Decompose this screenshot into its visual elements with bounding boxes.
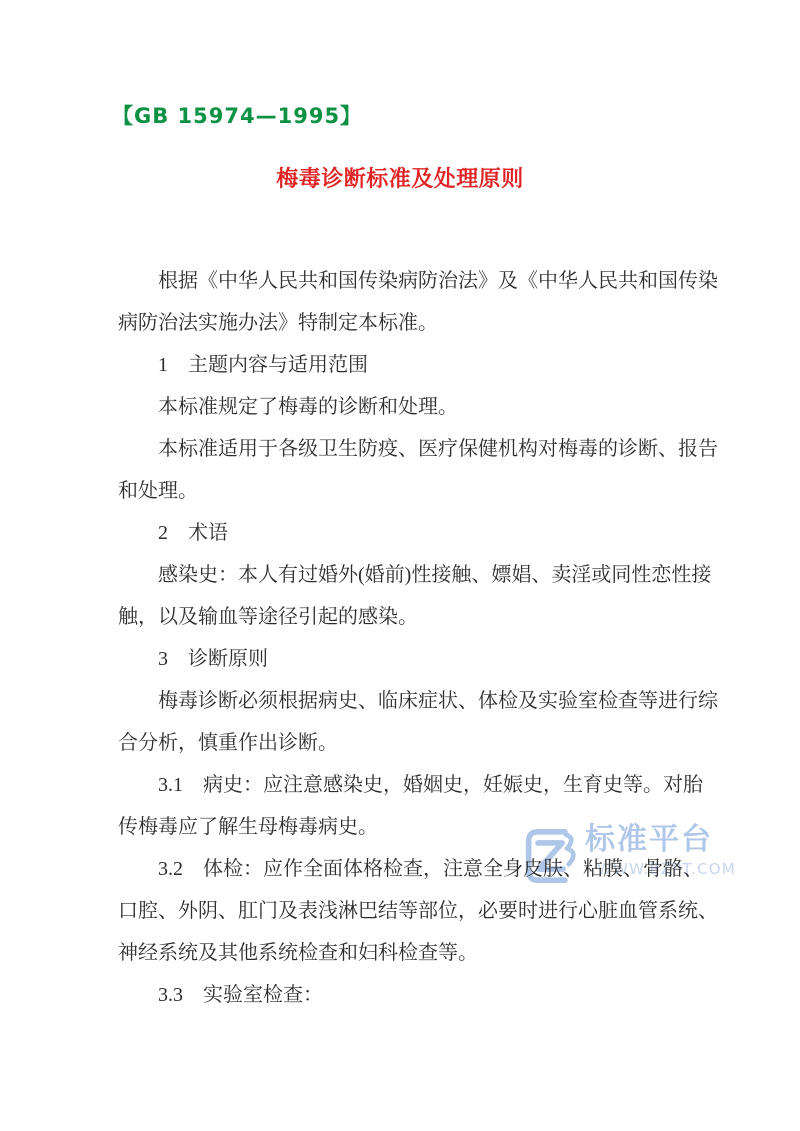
body-line: 1 主题内容与适用范围 [118,344,688,386]
body-line: 触，以及输血等途径引起的感染。 [118,596,688,638]
page-title: 梅毒诊断标准及处理原则 [0,162,800,193]
body-line: 3.2 体检：应作全面体格检查，注意全身皮肤、粘膜、骨骼、 [118,848,688,890]
body-line: 传梅毒应了解生母梅毒病史。 [118,806,688,848]
body-line: 本标准适用于各级卫生防疫、医疗保健机构对梅毒的诊断、报告 [118,428,688,470]
body-line: 3.1 病史：应注意感染史，婚姻史，妊娠史，生育史等。对胎 [118,764,688,806]
document-page: 【GB 15974—1995】 梅毒诊断标准及处理原则 标准平台 WWW.BZP… [0,0,800,1131]
body-line: 病防治法实施办法》特制定本标准。 [118,302,688,344]
body-line: 神经系统及其他系统检查和妇科检查等。 [118,932,688,974]
document-body: 根据《中华人民共和国传染病防治法》及《中华人民共和国传染病防治法实施办法》特制定… [118,260,688,1016]
body-line: 口腔、外阴、肛门及表浅淋巴结等部位，必要时进行心脏血管系统、 [118,890,688,932]
body-line: 感染史：本人有过婚外(婚前)性接触、嫖娼、卖淫或同性恋性接 [118,554,688,596]
body-line: 本标准规定了梅毒的诊断和处理。 [118,386,688,428]
body-line: 根据《中华人民共和国传染病防治法》及《中华人民共和国传染 [118,260,688,302]
body-line: 合分析，慎重作出诊断。 [118,722,688,764]
body-line: 3.3 实验室检查： [118,974,688,1016]
body-line: 3 诊断原则 [118,638,688,680]
body-line: 和处理。 [118,470,688,512]
body-line: 梅毒诊断必须根据病史、临床症状、体检及实验室检查等进行综 [118,680,688,722]
standard-code: 【GB 15974—1995】 [112,100,362,130]
body-line: 2 术语 [118,512,688,554]
